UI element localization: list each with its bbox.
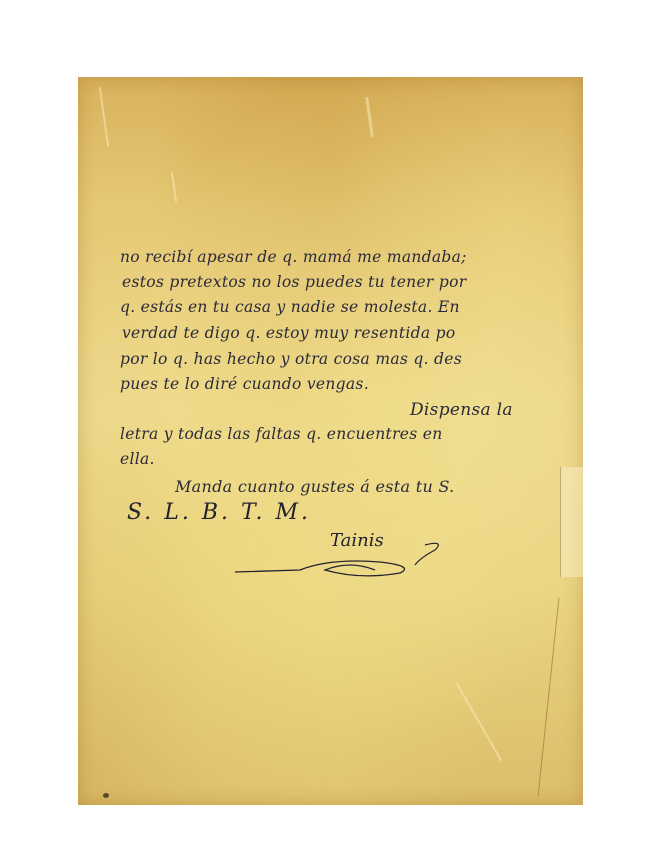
paper-streak [171,172,177,202]
letter-line: no recibí apesar de q. mamá me mandaba; [120,248,467,266]
initials: S. L. B. T. M. [127,500,311,525]
paper-crack [538,597,560,796]
ink-spot [103,793,109,798]
letter-line: verdad te digo q. estoy muy resentida po [122,324,455,342]
paper-tear [560,467,583,577]
letter-line: pues te lo diré cuando vengas. [120,375,369,393]
paper-streak [456,683,503,762]
letter-line: estos pretextos no los puedes tu tener p… [122,273,466,291]
paper-streak [365,97,374,137]
signature-flourish [230,540,450,580]
paper-streak [99,87,109,147]
letter-line: Dispensa la [410,400,513,420]
letter-line: q. estás en tu casa y nadie se molesta. … [120,298,460,316]
letter-line: por lo q. has hecho y otra cosa mas q. d… [120,350,462,368]
letter-line: Manda cuanto gustes á esta tu S. [175,477,455,496]
letter-line: ella. [120,450,155,468]
letter-line: letra y todas las faltas q. encuentres e… [120,425,443,443]
